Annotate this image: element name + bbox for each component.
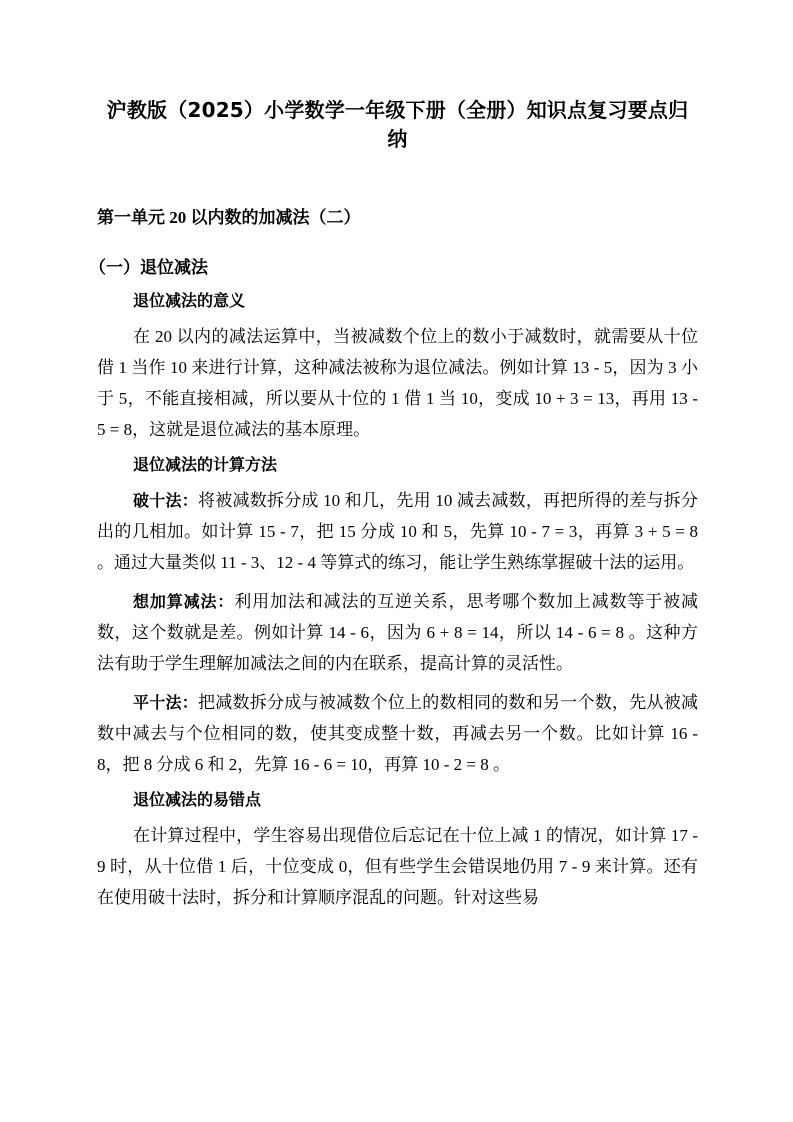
document-body: 退位减法的意义 在 20 以内的减法运算中，当被减数个位上的数小于减数时，就需要…: [97, 289, 698, 921]
term-level-ten: 平十法: [133, 693, 182, 712]
subheading-meaning: 退位减法的意义: [97, 289, 698, 313]
paragraph-break-ten-method: 破十法：将被减数拆分成 10 和几，先用 10 减去减数，再把所得的差与拆分出的…: [97, 485, 698, 578]
term-separator: ：: [182, 693, 198, 712]
paragraph-common-errors: 在计算过程中，学生容易出现借位后忘记在十位上减 1 的情况，如计算 17 - 9…: [97, 820, 698, 913]
paragraph-level-ten-method: 平十法：把减数拆分成与被减数个位上的数相同的数和另一个数，先从被减数中减去与个位…: [97, 687, 698, 780]
term-think-addition: 想加算减法: [133, 592, 217, 611]
document-title: 沪教版（2025）小学数学一年级下册（全册）知识点复习要点归纳: [97, 96, 698, 154]
section-heading: （一）退位减法: [89, 256, 208, 280]
term-separator: ：: [217, 592, 234, 611]
paragraph-meaning: 在 20 以内的减法运算中，当被减数个位上的数小于减数时，就需要从十位借 1 当…: [97, 321, 698, 445]
term-separator: ：: [182, 491, 198, 510]
subheading-common-errors: 退位减法的易错点: [97, 788, 698, 812]
term-break-ten: 破十法: [133, 491, 182, 510]
paragraph-think-addition-method: 想加算减法：利用加法和减法的互逆关系，思考哪个数加上减数等于被减数，这个数就是差…: [97, 586, 698, 679]
subheading-methods: 退位减法的计算方法: [97, 453, 698, 477]
document-page: 沪教版（2025）小学数学一年级下册（全册）知识点复习要点归纳 第一单元 20 …: [97, 96, 698, 154]
unit-heading: 第一单元 20 以内数的加减法（二）: [97, 206, 361, 230]
